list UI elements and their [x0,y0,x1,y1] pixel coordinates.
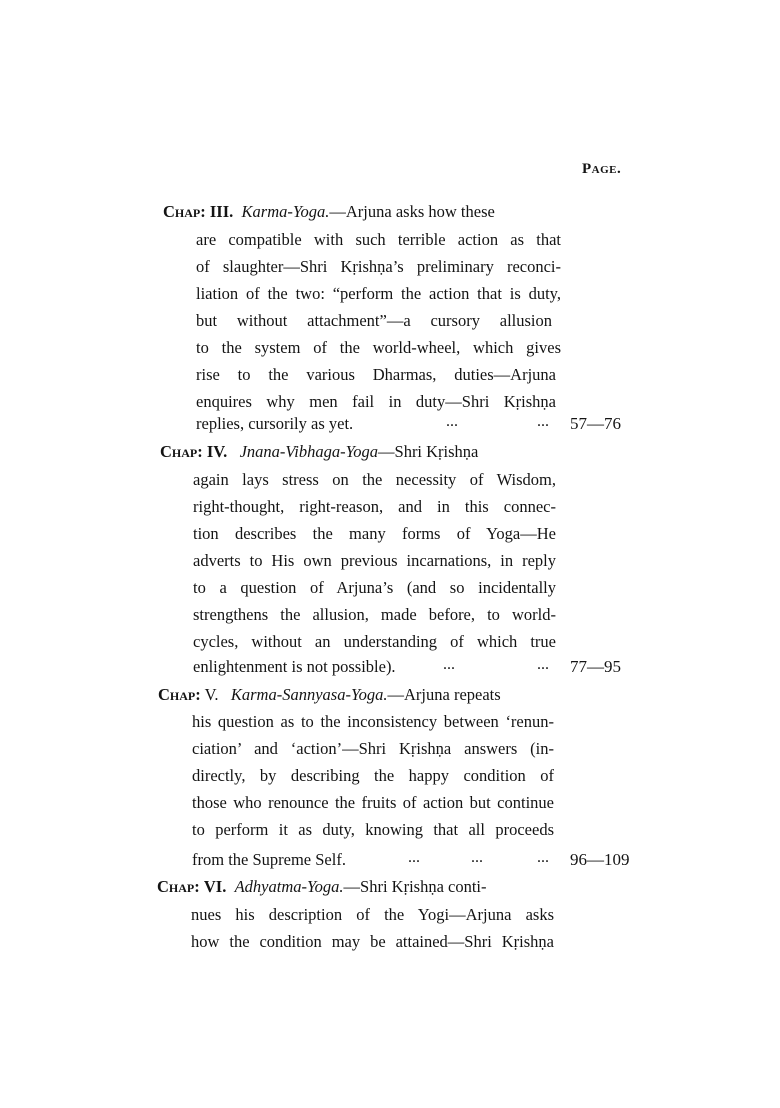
chapter-summary-line: are compatible with such terrible action… [196,230,561,250]
chapter-summary-line: those who renounce the fruits of action … [192,793,554,813]
chapter-summary-line: enquires why men fail in duty—Shri Kṛish… [196,392,556,412]
chapter-summary-line: ciation’ and ‘action’—Shri Kṛishṇa answe… [192,739,554,759]
chapter-summary-line: —Arjuna asks how these [329,202,494,221]
chapter-summary-line: cycles, without an understanding of whic… [193,632,556,652]
chapter-label: Chap: [163,202,206,221]
page-range: 57—76 [570,414,621,434]
dot-leader: ... [537,848,549,868]
chapter-summary-line: how the condition may be attained—Shri K… [191,932,554,952]
chapter-summary-line: his question as to the inconsistency bet… [192,712,554,732]
chapter-summary-line: —Shri Kṛishṇa [378,442,478,461]
chapter-heading-line: Chap: V. Karma-Sannyasa-Yoga.—Arjuna rep… [158,685,554,705]
chapter-summary-line: enlightenment is not possible). [193,657,396,677]
chapter-label: Chap: [157,877,200,896]
chapter-summary-line: to a question of Arjuna’s (and so incide… [193,578,556,598]
chapter-title: Adhyatma-Yoga. [235,877,344,896]
chapter-label: Chap: [158,685,201,704]
chapter-summary-line: rise to the various Dharmas, duties—Arju… [196,365,556,385]
dot-leader: ... [446,412,458,432]
dot-leader: ... [537,412,549,432]
chapter-summary-line: strengthens the allusion, made before, t… [193,605,556,625]
page-range: 77—95 [570,657,621,677]
chapter-title: Karma-Yoga. [242,202,330,221]
chapter-summary-line: nues his description of the Yogi—Arjuna … [191,905,554,925]
chapter-summary-line: but without attachment”—a cursory allusi… [196,311,552,331]
page-range: 96—109 [570,850,630,870]
chapter-summary-line: replies, cursorily as yet. [196,414,353,434]
chapter-summary-line: directly, by describing the happy condit… [192,766,554,786]
dot-leader: ... [408,848,420,868]
dot-leader: ... [537,655,549,675]
chapter-summary-line: from the Supreme Self. [192,850,346,870]
chapter-number: III. [210,202,233,221]
chapter-summary-line: tion describes the many forms of Yoga—He [193,524,556,544]
page-column-header: Page. [582,161,621,178]
chapter-number: V. [205,685,219,704]
chapter-summary-line: to the system of the world-wheel, which … [196,338,561,358]
chapter-heading-line: Chap: VI. Adhyatma-Yoga.—Shri Kṛishṇa co… [157,877,554,897]
chapter-label: Chap: [160,442,203,461]
chapter-summary-line: adverts to His own previous incarnations… [193,551,556,571]
dot-leader: ... [443,655,455,675]
chapter-number: IV. [207,442,227,461]
chapter-heading-line: Chap: III. Karma-Yoga.—Arjuna asks how t… [163,202,561,222]
chapter-summary-line: —Shri Kṛishṇa conti- [344,877,487,896]
chapter-summary-line: of slaughter—Shri Kṛishṇa’s preliminary … [196,257,561,277]
chapter-number: VI. [204,877,226,896]
chapter-summary-line: right-thought, right-reason, and in this… [193,497,556,517]
dot-leader: ... [471,848,483,868]
chapter-heading-line: Chap: IV. Jnana-Vibhaga-Yoga—Shri Kṛishṇ… [160,442,556,462]
chapter-summary-line: again lays stress on the necessity of Wi… [193,470,556,490]
chapter-summary-line: —Arjuna repeats [388,685,501,704]
chapter-title: Jnana-Vibhaga-Yoga [240,442,378,461]
chapter-summary-line: to perform it as duty, knowing that all … [192,820,554,840]
chapter-summary-line: liation of the two: “perform the action … [196,284,561,304]
chapter-title: Karma-Sannyasa-Yoga. [231,685,388,704]
